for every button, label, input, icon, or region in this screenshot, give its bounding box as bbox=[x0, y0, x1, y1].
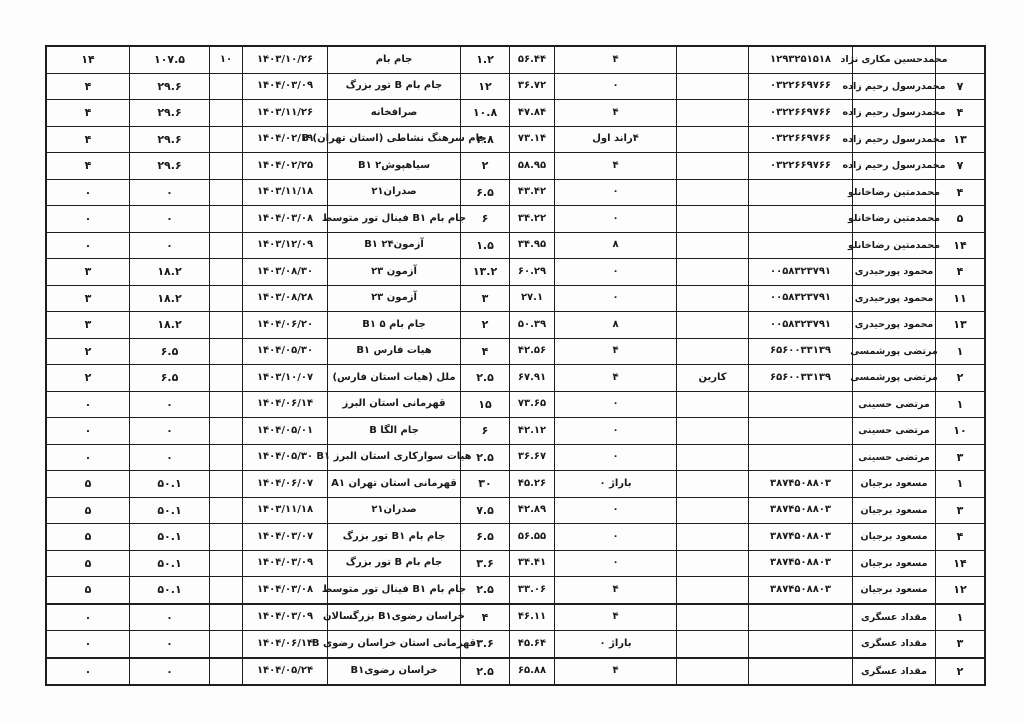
cell-rider-name: محمدمتین رضاخانلو bbox=[852, 233, 935, 259]
cell-date: ۱۴۰۴/۰۲/۲۵ bbox=[242, 153, 327, 179]
cell-extra bbox=[676, 631, 748, 657]
cell-penalty: ۰ bbox=[554, 551, 676, 577]
cell-penalty: باراژ ۰ bbox=[554, 631, 676, 657]
cell-extra: کارین bbox=[676, 365, 748, 391]
cell-penalty: ۴ bbox=[554, 577, 676, 603]
table-row: ۴ ۲۹.۶ ۱۴۰۴/۰۳/۰۹ جام بام B تور بزرگ ۱۲ … bbox=[47, 74, 984, 101]
cell-count: ۰ bbox=[47, 418, 129, 444]
cell-id-number: ۰۳۲۲۶۶۹۷۶۶ bbox=[748, 100, 852, 126]
table-row: ۵ ۵۰.۱ ۱۴۰۴/۰۳/۰۷ جام بام B۱ تور بزرگ ۶.… bbox=[47, 524, 984, 551]
cell-count: ۳ bbox=[47, 259, 129, 285]
cell-value: ۱۰.۸ bbox=[460, 100, 509, 126]
cell-count: ۳ bbox=[47, 312, 129, 338]
cell-points: ۰ bbox=[129, 659, 209, 685]
cell-rider-name: مسعود برجیان bbox=[852, 551, 935, 577]
cell-percent: ۶۰.۲۹ bbox=[509, 259, 554, 285]
cell-rank bbox=[935, 47, 984, 73]
cell-date: ۱۴۰۳/۱۰/۲۶ bbox=[242, 47, 327, 73]
cell-value: ۱.۵ bbox=[460, 233, 509, 259]
cell-value: ۶.۵ bbox=[460, 524, 509, 550]
cell-percent: ۴۵.۲۶ bbox=[509, 471, 554, 497]
cell-penalty: ۰ bbox=[554, 392, 676, 418]
cell-id-number: ۶۵۶۰۰۳۳۱۳۹ bbox=[748, 339, 852, 365]
cell-penalty: ۴ bbox=[554, 100, 676, 126]
cell-points: ۵۰.۱ bbox=[129, 471, 209, 497]
cell-percent: ۶۵.۸۸ bbox=[509, 659, 554, 685]
cell-value: ۴.۸ bbox=[460, 127, 509, 153]
cell-date: ۱۴۰۴/۰۵/۲۴ bbox=[242, 659, 327, 685]
cell-id-number: ۳۸۷۴۵۰۸۸۰۳ bbox=[748, 551, 852, 577]
cell-points: ۱۸.۲ bbox=[129, 312, 209, 338]
cell-extra bbox=[676, 127, 748, 153]
cell-value: ۳ bbox=[460, 286, 509, 312]
cell-date: ۱۴۰۴/۰۶/۱۴ bbox=[242, 392, 327, 418]
cell-rank: ۱۴ bbox=[935, 551, 984, 577]
cell-extra bbox=[676, 100, 748, 126]
cell-penalty: ۴ bbox=[554, 365, 676, 391]
cell-rider-name: محمدمتین رضاخانلو bbox=[852, 180, 935, 206]
cell-rider-name: محمود پورحیدری bbox=[852, 286, 935, 312]
cell-note bbox=[209, 392, 242, 418]
cell-points: ۰ bbox=[129, 418, 209, 444]
cell-date: ۱۴۰۴/۰۵/۳۰ bbox=[242, 445, 327, 471]
cell-penalty: ۰ bbox=[554, 418, 676, 444]
cell-penalty: ۴ bbox=[554, 153, 676, 179]
cell-id-number bbox=[748, 180, 852, 206]
cell-event-name: جام بام B۱ فینال تور متوسط bbox=[327, 206, 460, 232]
cell-rank: ۵ bbox=[935, 206, 984, 232]
cell-rank: ۳ bbox=[935, 445, 984, 471]
cell-percent: ۳۶.۷۲ bbox=[509, 74, 554, 100]
cell-extra bbox=[676, 471, 748, 497]
cell-extra bbox=[676, 180, 748, 206]
table-row: ۴ ۲۹.۶ ۱۴۰۳/۱۱/۲۶ صرافخانه ۱۰.۸ ۴۷.۸۴ ۴ … bbox=[47, 100, 984, 127]
cell-note bbox=[209, 659, 242, 685]
table-row: ۰ ۰ ۱۴۰۳/۱۲/۰۹ آزمون۲۴ B۱ ۱.۵ ۳۴.۹۵ ۸ مح… bbox=[47, 233, 984, 260]
cell-rider-name: مرتضی حسینی bbox=[852, 392, 935, 418]
cell-note bbox=[209, 605, 242, 631]
cell-points: ۶.۵ bbox=[129, 339, 209, 365]
cell-id-number bbox=[748, 631, 852, 657]
cell-rank: ۷ bbox=[935, 153, 984, 179]
table-row: ۰ ۰ ۱۴۰۳/۱۱/۱۸ صدران۲۱ ۶.۵ ۴۳.۴۲ ۰ محمدم… bbox=[47, 180, 984, 207]
cell-event-name: آزمون ۲۳ bbox=[327, 259, 460, 285]
cell-count: ۰ bbox=[47, 233, 129, 259]
cell-penalty: ۰ bbox=[554, 74, 676, 100]
cell-id-number bbox=[748, 605, 852, 631]
cell-id-number: ۳۸۷۴۵۰۸۸۰۳ bbox=[748, 524, 852, 550]
cell-date: ۱۴۰۴/۰۵/۰۱ bbox=[242, 418, 327, 444]
cell-rank: ۴ bbox=[935, 180, 984, 206]
cell-rider-name: مرتضی حسینی bbox=[852, 445, 935, 471]
cell-extra bbox=[676, 605, 748, 631]
cell-points: ۲۹.۶ bbox=[129, 74, 209, 100]
cell-penalty: ۰ bbox=[554, 180, 676, 206]
cell-count: ۴ bbox=[47, 153, 129, 179]
cell-points: ۶.۵ bbox=[129, 365, 209, 391]
cell-extra bbox=[676, 312, 748, 338]
table-row: ۱۴ ۱۰۷.۵ ۱۰ ۱۴۰۳/۱۰/۲۶ جام بام ۱.۲ ۵۶.۴۴… bbox=[47, 47, 984, 74]
cell-note bbox=[209, 471, 242, 497]
cell-note bbox=[209, 577, 242, 603]
cell-note bbox=[209, 127, 242, 153]
cell-event-name: ملل (هیات استان فارس) bbox=[327, 365, 460, 391]
cell-date: ۱۴۰۳/۱۱/۱۸ bbox=[242, 498, 327, 524]
cell-points: ۰ bbox=[129, 206, 209, 232]
cell-date: ۱۴۰۴/۰۵/۳۰ bbox=[242, 339, 327, 365]
cell-id-number bbox=[748, 392, 852, 418]
cell-event-name: صدران۲۱ bbox=[327, 180, 460, 206]
cell-penalty: ۰ bbox=[554, 259, 676, 285]
cell-points: ۰ bbox=[129, 180, 209, 206]
cell-rider-name: مقداد عسگری bbox=[852, 659, 935, 685]
cell-percent: ۳۳.۰۶ bbox=[509, 577, 554, 603]
table-row: ۰ ۰ ۱۴۰۴/۰۵/۳۰ هیات سوارکاری استان البرز… bbox=[47, 445, 984, 472]
cell-extra bbox=[676, 524, 748, 550]
cell-date: ۱۴۰۳/۰۸/۳۰ bbox=[242, 259, 327, 285]
document-page: ۱۴ ۱۰۷.۵ ۱۰ ۱۴۰۳/۱۰/۲۶ جام بام ۱.۲ ۵۶.۴۴… bbox=[0, 0, 1024, 724]
cell-value: ۲.۵ bbox=[460, 445, 509, 471]
cell-rank: ۱۴ bbox=[935, 233, 984, 259]
cell-date: ۱۴۰۳/۰۸/۲۸ bbox=[242, 286, 327, 312]
cell-rider-name: محمدرسول رحیم زاده bbox=[852, 74, 935, 100]
cell-extra bbox=[676, 551, 748, 577]
cell-note bbox=[209, 100, 242, 126]
cell-points: ۲۹.۶ bbox=[129, 100, 209, 126]
cell-rider-name: مسعود برجیان bbox=[852, 498, 935, 524]
cell-event-name: جام الگا B bbox=[327, 418, 460, 444]
cell-value: ۲ bbox=[460, 312, 509, 338]
cell-penalty: ۴ bbox=[554, 339, 676, 365]
cell-count: ۵ bbox=[47, 498, 129, 524]
cell-value: ۳.۶ bbox=[460, 551, 509, 577]
cell-extra bbox=[676, 498, 748, 524]
cell-percent: ۳۶.۶۷ bbox=[509, 445, 554, 471]
cell-id-number: ۳۸۷۴۵۰۸۸۰۳ bbox=[748, 498, 852, 524]
table-row: ۰ ۰ ۱۴۰۴/۰۵/۲۴ خراسان رضویB۱ ۲.۵ ۶۵.۸۸ ۴… bbox=[47, 658, 984, 685]
cell-count: ۰ bbox=[47, 392, 129, 418]
cell-percent: ۳۴.۴۱ bbox=[509, 551, 554, 577]
cell-date: ۱۴۰۴/۰۳/۰۹ bbox=[242, 551, 327, 577]
table-row: ۵ ۵۰.۱ ۱۴۰۴/۰۳/۰۹ جام بام B تور بزرگ ۳.۶… bbox=[47, 551, 984, 578]
cell-note bbox=[209, 418, 242, 444]
cell-date: ۱۴۰۴/۰۳/۰۹ bbox=[242, 74, 327, 100]
cell-date: ۱۴۰۴/۰۳/۰۸ bbox=[242, 577, 327, 603]
cell-rider-name: مرتضی پورشمسی bbox=[852, 339, 935, 365]
cell-rank: ۴ bbox=[935, 524, 984, 550]
cell-event-name: صدران۲۱ bbox=[327, 498, 460, 524]
cell-id-number: ۰۰۵۸۳۲۳۷۹۱ bbox=[748, 312, 852, 338]
cell-percent: ۳۴.۹۵ bbox=[509, 233, 554, 259]
cell-event-name: قهرمانی استان تهران A۱ bbox=[327, 471, 460, 497]
cell-penalty: ۴ bbox=[554, 659, 676, 685]
cell-count: ۰ bbox=[47, 445, 129, 471]
cell-rider-name: مقداد عسگری bbox=[852, 605, 935, 631]
cell-percent: ۴۵.۶۴ bbox=[509, 631, 554, 657]
table-row: ۲ ۶.۵ ۱۴۰۳/۱۰/۰۷ ملل (هیات استان فارس) ۲… bbox=[47, 365, 984, 392]
cell-event-name: هیات سوارکاری استان البرز B۱ bbox=[327, 445, 460, 471]
cell-note bbox=[209, 153, 242, 179]
table-row: ۰ ۰ ۱۴۰۴/۰۶/۱۴ قهرمانی استان البرز ۱۵ ۷۳… bbox=[47, 392, 984, 419]
cell-event-name: قهرمانی استان خراسان رضوی B bbox=[327, 631, 460, 657]
cell-note bbox=[209, 551, 242, 577]
cell-percent: ۴۷.۸۴ bbox=[509, 100, 554, 126]
cell-event-name: خراسان رضویB۱ bbox=[327, 659, 460, 685]
cell-count: ۲ bbox=[47, 339, 129, 365]
cell-date: ۱۴۰۳/۱۱/۲۶ bbox=[242, 100, 327, 126]
cell-note bbox=[209, 180, 242, 206]
cell-rank: ۳ bbox=[935, 631, 984, 657]
cell-percent: ۵۸.۹۵ bbox=[509, 153, 554, 179]
cell-extra bbox=[676, 233, 748, 259]
cell-value: ۱۲ bbox=[460, 74, 509, 100]
cell-id-number: ۳۸۷۴۵۰۸۸۰۳ bbox=[748, 577, 852, 603]
cell-penalty: ۰ bbox=[554, 445, 676, 471]
cell-event-name: جام سرهنگ نشاطی (استان تهران) B bbox=[327, 127, 460, 153]
cell-penalty: ۸ bbox=[554, 312, 676, 338]
cell-points: ۵۰.۱ bbox=[129, 524, 209, 550]
table-row: ۰ ۰ ۱۴۰۴/۰۵/۰۱ جام الگا B ۶ ۴۲.۱۲ ۰ مرتض… bbox=[47, 418, 984, 445]
cell-id-number bbox=[748, 659, 852, 685]
cell-penalty: ۰ bbox=[554, 206, 676, 232]
cell-event-name: سیاهپوش۲ B۱ bbox=[327, 153, 460, 179]
cell-points: ۰ bbox=[129, 605, 209, 631]
cell-note bbox=[209, 74, 242, 100]
cell-rank: ۱ bbox=[935, 605, 984, 631]
cell-rank: ۲ bbox=[935, 659, 984, 685]
cell-note bbox=[209, 233, 242, 259]
cell-id-number: ۰۰۵۸۳۲۳۷۹۱ bbox=[748, 286, 852, 312]
results-table: ۱۴ ۱۰۷.۵ ۱۰ ۱۴۰۳/۱۰/۲۶ جام بام ۱.۲ ۵۶.۴۴… bbox=[45, 45, 986, 686]
cell-event-name: قهرمانی استان البرز bbox=[327, 392, 460, 418]
cell-points: ۰ bbox=[129, 445, 209, 471]
cell-rank: ۱۳ bbox=[935, 312, 984, 338]
cell-value: ۱۳.۲ bbox=[460, 259, 509, 285]
table-row: ۳ ۱۸.۲ ۱۴۰۴/۰۶/۲۰ جام بام ۵ B۱ ۲ ۵۰.۳۹ ۸… bbox=[47, 312, 984, 339]
cell-penalty: ۴راند اول bbox=[554, 127, 676, 153]
cell-event-name: آزمون۲۴ B۱ bbox=[327, 233, 460, 259]
cell-rank: ۱ bbox=[935, 392, 984, 418]
cell-percent: ۴۲.۸۹ bbox=[509, 498, 554, 524]
cell-extra bbox=[676, 259, 748, 285]
cell-penalty: ۴ bbox=[554, 605, 676, 631]
cell-event-name: جام بام B۱ فینال تور متوسط bbox=[327, 577, 460, 603]
cell-value: ۲ bbox=[460, 153, 509, 179]
cell-points: ۲۹.۶ bbox=[129, 153, 209, 179]
cell-rider-name: محمدرسول رحیم زاده bbox=[852, 100, 935, 126]
cell-value: ۷.۵ bbox=[460, 498, 509, 524]
cell-percent: ۲۷.۱ bbox=[509, 286, 554, 312]
cell-penalty: باراژ ۰ bbox=[554, 471, 676, 497]
cell-rank: ۱۳ bbox=[935, 127, 984, 153]
cell-rank: ۱۰ bbox=[935, 418, 984, 444]
cell-extra bbox=[676, 659, 748, 685]
cell-points: ۱۸.۲ bbox=[129, 286, 209, 312]
cell-value: ۳.۶ bbox=[460, 631, 509, 657]
cell-rider-name: مسعود برجیان bbox=[852, 471, 935, 497]
table-row: ۳ ۱۸.۲ ۱۴۰۳/۰۸/۲۸ آزمون ۲۳ ۳ ۲۷.۱ ۰ ۰۰۵۸… bbox=[47, 286, 984, 313]
cell-rider-name: محمود پورحیدری bbox=[852, 259, 935, 285]
cell-points: ۱۸.۲ bbox=[129, 259, 209, 285]
cell-points: ۵۰.۱ bbox=[129, 577, 209, 603]
cell-id-number: ۰۳۲۲۶۶۹۷۶۶ bbox=[748, 127, 852, 153]
cell-points: ۵۰.۱ bbox=[129, 498, 209, 524]
cell-event-name: جام بام B۱ تور بزرگ bbox=[327, 524, 460, 550]
table-row: ۰ ۰ ۱۴۰۴/۰۳/۰۸ جام بام B۱ فینال تور متوس… bbox=[47, 206, 984, 233]
cell-event-name: صرافخانه bbox=[327, 100, 460, 126]
cell-note: ۱۰ bbox=[209, 47, 242, 73]
cell-note bbox=[209, 206, 242, 232]
cell-rider-name: مرتضی حسینی bbox=[852, 418, 935, 444]
cell-points: ۱۰۷.۵ bbox=[129, 47, 209, 73]
cell-note bbox=[209, 365, 242, 391]
cell-value: ۶.۵ bbox=[460, 180, 509, 206]
table-row: ۵ ۵۰.۱ ۱۴۰۴/۰۳/۰۸ جام بام B۱ فینال تور م… bbox=[47, 577, 984, 604]
cell-count: ۰ bbox=[47, 631, 129, 657]
cell-rider-name: محمدرسول رحیم زاده bbox=[852, 127, 935, 153]
cell-count: ۴ bbox=[47, 100, 129, 126]
cell-count: ۲ bbox=[47, 365, 129, 391]
cell-count: ۰ bbox=[47, 605, 129, 631]
cell-value: ۱۵ bbox=[460, 392, 509, 418]
cell-rank: ۱ bbox=[935, 339, 984, 365]
cell-rank: ۴ bbox=[935, 259, 984, 285]
cell-count: ۱۴ bbox=[47, 47, 129, 73]
cell-note bbox=[209, 524, 242, 550]
cell-event-name: جام بام bbox=[327, 47, 460, 73]
cell-value: ۴ bbox=[460, 339, 509, 365]
cell-count: ۰ bbox=[47, 659, 129, 685]
cell-id-number bbox=[748, 445, 852, 471]
cell-note bbox=[209, 445, 242, 471]
cell-rank: ۱۲ bbox=[935, 577, 984, 603]
cell-id-number: ۰۳۲۲۶۶۹۷۶۶ bbox=[748, 74, 852, 100]
cell-date: ۱۴۰۴/۰۳/۰۹ bbox=[242, 605, 327, 631]
cell-rider-name: مقداد عسگری bbox=[852, 631, 935, 657]
table-row: ۳ ۱۸.۲ ۱۴۰۳/۰۸/۳۰ آزمون ۲۳ ۱۳.۲ ۶۰.۲۹ ۰ … bbox=[47, 259, 984, 286]
cell-points: ۵۰.۱ bbox=[129, 551, 209, 577]
table-row: ۵ ۵۰.۱ ۱۴۰۴/۰۶/۰۷ قهرمانی استان تهران A۱… bbox=[47, 471, 984, 498]
cell-penalty: ۰ bbox=[554, 286, 676, 312]
cell-percent: ۴۳.۴۲ bbox=[509, 180, 554, 206]
table-row: ۵ ۵۰.۱ ۱۴۰۳/۱۱/۱۸ صدران۲۱ ۷.۵ ۴۲.۸۹ ۰ ۳۸… bbox=[47, 498, 984, 525]
cell-penalty: ۰ bbox=[554, 524, 676, 550]
cell-id-number: ۱۲۹۳۲۵۱۵۱۸ bbox=[748, 47, 852, 73]
cell-value: ۶ bbox=[460, 206, 509, 232]
table-row: ۰ ۰ ۱۴۰۴/۰۶/۱۴ قهرمانی استان خراسان رضوی… bbox=[47, 631, 984, 658]
cell-id-number: ۳۸۷۴۵۰۸۸۰۳ bbox=[748, 471, 852, 497]
cell-extra bbox=[676, 47, 748, 73]
cell-count: ۵ bbox=[47, 577, 129, 603]
cell-value: ۲.۵ bbox=[460, 577, 509, 603]
cell-percent: ۴۲.۵۶ bbox=[509, 339, 554, 365]
cell-note bbox=[209, 259, 242, 285]
cell-count: ۴ bbox=[47, 127, 129, 153]
cell-count: ۰ bbox=[47, 206, 129, 232]
cell-event-name: جام بام B تور بزرگ bbox=[327, 74, 460, 100]
cell-rider-name: مسعود برجیان bbox=[852, 577, 935, 603]
cell-percent: ۳۴.۲۲ bbox=[509, 206, 554, 232]
cell-value: ۴ bbox=[460, 605, 509, 631]
cell-id-number: ۰۰۵۸۳۲۳۷۹۱ bbox=[748, 259, 852, 285]
cell-rider-name: محمدحسین مکاری نژاد bbox=[852, 47, 935, 73]
cell-penalty: ۰ bbox=[554, 498, 676, 524]
cell-id-number: ۶۵۶۰۰۳۳۱۳۹ bbox=[748, 365, 852, 391]
cell-rider-name: محمدرسول رحیم زاده bbox=[852, 153, 935, 179]
cell-count: ۴ bbox=[47, 74, 129, 100]
cell-note bbox=[209, 286, 242, 312]
cell-extra bbox=[676, 577, 748, 603]
cell-rank: ۱۱ bbox=[935, 286, 984, 312]
cell-event-name: آزمون ۲۳ bbox=[327, 286, 460, 312]
cell-extra bbox=[676, 418, 748, 444]
cell-value: ۳۰ bbox=[460, 471, 509, 497]
cell-rank: ۲ bbox=[935, 365, 984, 391]
cell-rider-name: محمدمتین رضاخانلو bbox=[852, 206, 935, 232]
cell-points: ۰ bbox=[129, 631, 209, 657]
cell-value: ۱.۲ bbox=[460, 47, 509, 73]
cell-rank: ۳ bbox=[935, 498, 984, 524]
cell-date: ۱۴۰۴/۰۶/۲۰ bbox=[242, 312, 327, 338]
cell-event-name: جام بام ۵ B۱ bbox=[327, 312, 460, 338]
cell-date: ۱۴۰۳/۱۱/۱۸ bbox=[242, 180, 327, 206]
cell-count: ۵ bbox=[47, 551, 129, 577]
cell-date: ۱۴۰۴/۰۶/۰۷ bbox=[242, 471, 327, 497]
cell-percent: ۴۲.۱۲ bbox=[509, 418, 554, 444]
cell-rider-name: مسعود برجیان bbox=[852, 524, 935, 550]
cell-count: ۵ bbox=[47, 471, 129, 497]
cell-extra bbox=[676, 286, 748, 312]
cell-extra bbox=[676, 74, 748, 100]
cell-rider-name: محمود پورحیدری bbox=[852, 312, 935, 338]
cell-event-name: خراسان رضویB۱ بزرگسالان bbox=[327, 605, 460, 631]
cell-rank: ۱ bbox=[935, 471, 984, 497]
cell-value: ۲.۵ bbox=[460, 365, 509, 391]
cell-percent: ۶۷.۹۱ bbox=[509, 365, 554, 391]
cell-extra bbox=[676, 206, 748, 232]
cell-date: ۱۴۰۴/۰۳/۰۸ bbox=[242, 206, 327, 232]
table-row: ۲ ۶.۵ ۱۴۰۴/۰۵/۳۰ هیات فارس B۱ ۴ ۴۲.۵۶ ۴ … bbox=[47, 339, 984, 366]
table-row: ۴ ۲۹.۶ ۱۴۰۴/۰۲/۲۵ سیاهپوش۲ B۱ ۲ ۵۸.۹۵ ۴ … bbox=[47, 153, 984, 180]
cell-extra bbox=[676, 339, 748, 365]
cell-note bbox=[209, 631, 242, 657]
cell-id-number bbox=[748, 418, 852, 444]
cell-points: ۰ bbox=[129, 392, 209, 418]
cell-count: ۰ bbox=[47, 180, 129, 206]
cell-points: ۲۹.۶ bbox=[129, 127, 209, 153]
cell-date: ۱۴۰۳/۱۲/۰۹ bbox=[242, 233, 327, 259]
cell-event-name: جام بام B تور بزرگ bbox=[327, 551, 460, 577]
table-row: ۰ ۰ ۱۴۰۴/۰۳/۰۹ خراسان رضویB۱ بزرگسالان ۴… bbox=[47, 604, 984, 632]
cell-count: ۵ bbox=[47, 524, 129, 550]
cell-extra bbox=[676, 445, 748, 471]
cell-value: ۲.۵ bbox=[460, 659, 509, 685]
cell-penalty: ۸ bbox=[554, 233, 676, 259]
cell-rank: ۷ bbox=[935, 74, 984, 100]
cell-percent: ۴۶.۱۱ bbox=[509, 605, 554, 631]
cell-percent: ۵۶.۴۴ bbox=[509, 47, 554, 73]
cell-event-name: هیات فارس B۱ bbox=[327, 339, 460, 365]
cell-percent: ۵۶.۵۵ bbox=[509, 524, 554, 550]
cell-id-number bbox=[748, 233, 852, 259]
cell-extra bbox=[676, 392, 748, 418]
cell-value: ۶ bbox=[460, 418, 509, 444]
cell-note bbox=[209, 312, 242, 338]
cell-date: ۱۴۰۳/۱۰/۰۷ bbox=[242, 365, 327, 391]
cell-percent: ۷۳.۶۵ bbox=[509, 392, 554, 418]
cell-count: ۳ bbox=[47, 286, 129, 312]
table-row: ۴ ۲۹.۶ ۱۴۰۴/۰۲/۱۹ جام سرهنگ نشاطی (استان… bbox=[47, 127, 984, 154]
